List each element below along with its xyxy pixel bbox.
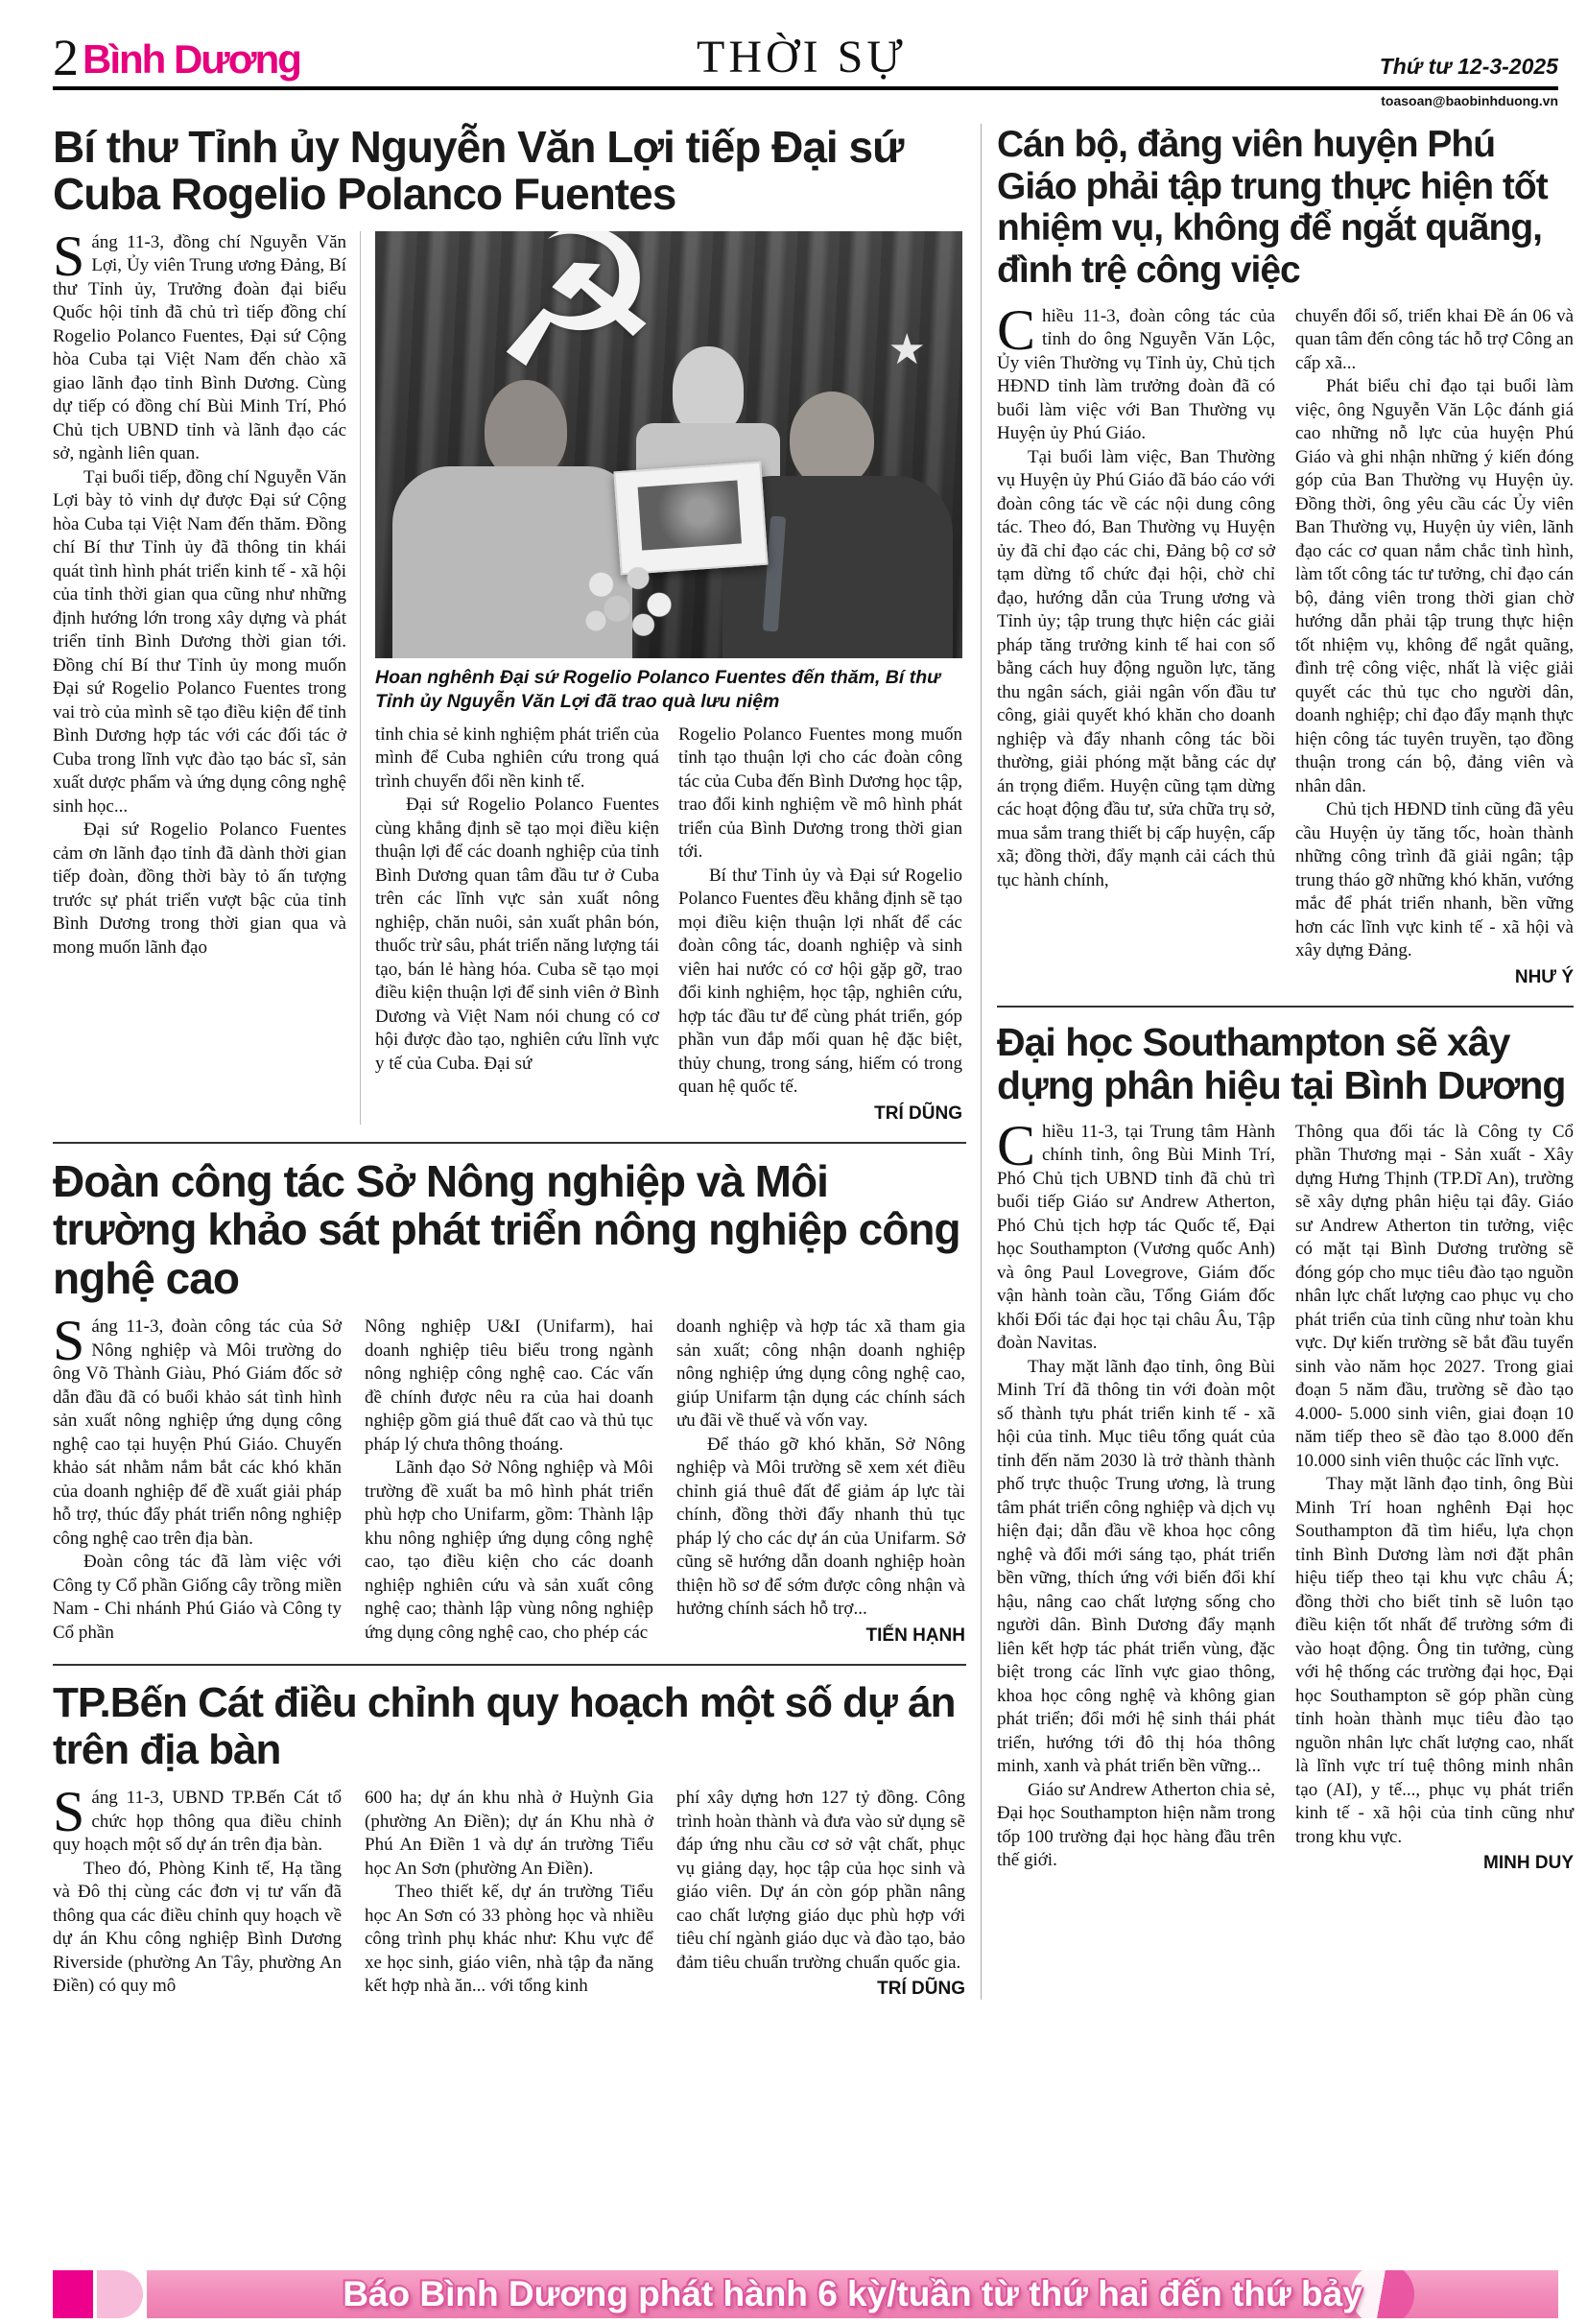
- content-area: Bí thư Tỉnh ủy Nguyễn Văn Lợi tiếp Đại s…: [53, 124, 1558, 2000]
- paragraph: Bí thư Tỉnh ủy và Đại sứ Rogelio Polanco…: [678, 865, 962, 1100]
- article-title: Cán bộ, đảng viên huyện Phú Giáo phải tậ…: [997, 124, 1574, 292]
- paragraph: Chủ tịch HĐND tỉnh cũng đã yêu cầu Huyện…: [1295, 798, 1574, 963]
- paragraph: Nông nghiệp U&I (Unifarm), hai doanh ngh…: [365, 1316, 653, 1457]
- gift-box: [613, 461, 768, 574]
- dropcap: C: [997, 1121, 1042, 1168]
- paragraph: Sáng 11-3, đồng chí Nguyễn Văn Lợi, Ủy v…: [53, 231, 346, 466]
- article-phugiao-officials: Cán bộ, đảng viên huyện Phú Giáo phải tậ…: [997, 124, 1574, 988]
- article-title: Bí thư Tỉnh ủy Nguyễn Văn Lợi tiếp Đại s…: [53, 124, 966, 218]
- article-agriculture-survey: Đoàn công tác Sở Nông nghiệp và Môi trườ…: [53, 1142, 966, 1647]
- paragraph: tỉnh chia sẻ kinh nghiệm phát triển của …: [375, 723, 659, 794]
- header-rule: [53, 86, 1558, 90]
- paragraph: Lãnh đạo Sở Nông nghiệp và Môi trường đề…: [365, 1457, 653, 1645]
- paragraph: Tại buổi làm việc, Ban Thường vụ Huyện ủ…: [997, 446, 1275, 893]
- paragraph: Thông qua đối tác là Công ty Cổ phần Thư…: [1295, 1121, 1574, 1474]
- right-section: Cán bộ, đảng viên huyện Phú Giáo phải tậ…: [981, 124, 1574, 2000]
- article-column: tỉnh chia sẻ kinh nghiệm phát triển của …: [375, 723, 659, 1125]
- editorial-email: toasoan@baobinhduong.vn: [0, 93, 1558, 108]
- article-column: 600 ha; dự án khu nhà ở Huỳnh Gia (phườn…: [365, 1787, 653, 2000]
- photo-caption: Hoan nghênh Đại sứ Rogelio Polanco Fuent…: [375, 666, 962, 714]
- paragraph: Đại sứ Rogelio Polanco Fuentes cùng khẳn…: [375, 794, 659, 1076]
- article-column: Sáng 11-3, đồng chí Nguyễn Văn Lợi, Ủy v…: [53, 231, 361, 1125]
- article-bencat-planning: TP.Bến Cát điều chỉnh quy hoạch một số d…: [53, 1664, 966, 2001]
- footer-banner: Báo Bình Dương phát hành 6 kỳ/tuần từ th…: [53, 2270, 1558, 2318]
- paragraph: Giáo sư Andrew Atherton chia sẻ, Đại học…: [997, 1779, 1275, 1873]
- paragraph: phí xây dựng hơn 127 tỷ đồng. Công trình…: [676, 1787, 965, 1975]
- star-icon: ★: [888, 325, 926, 374]
- article-cuba-ambassador: Bí thư Tỉnh ủy Nguyễn Văn Lợi tiếp Đại s…: [53, 124, 966, 1125]
- paragraph: Phát biểu chỉ đạo tại buổi làm việc, ông…: [1295, 375, 1574, 798]
- left-section: Bí thư Tỉnh ủy Nguyễn Văn Lợi tiếp Đại s…: [53, 124, 966, 2000]
- dropcap: S: [53, 231, 91, 278]
- paragraph: Đoàn công tác đã làm việc với Công ty Cổ…: [53, 1551, 342, 1645]
- article-title: TP.Bến Cát điều chỉnh quy hoạch một số d…: [53, 1679, 966, 1774]
- page-header: 2 Bình Dương THỜI SỰ Thứ tư 12-3-2025: [53, 36, 1558, 79]
- paragraph: Theo thiết kế, dự án trường Tiểu học An …: [365, 1881, 653, 1999]
- footer-left-square: [53, 2270, 93, 2318]
- byline: TRÍ DŨNG: [676, 1979, 965, 2000]
- newspaper-page: 2 Bình Dương THỜI SỰ Thứ tư 12-3-2025 to…: [0, 0, 1587, 2324]
- article-southampton-campus: Đại học Southampton sẽ xây dựng phân hiệ…: [997, 1006, 1574, 1875]
- article-title: Đại học Southampton sẽ xây dựng phân hiệ…: [997, 1021, 1574, 1107]
- paragraph: Thay mặt lãnh đạo tỉnh, ông Bùi Minh Trí…: [997, 1356, 1275, 1779]
- dropcap: S: [53, 1316, 91, 1363]
- paragraph: 600 ha; dự án khu nhà ở Huỳnh Gia (phườn…: [365, 1787, 653, 1881]
- footer-left-rounded-block: [97, 2270, 143, 2318]
- paragraph: Chiều 11-3, đoàn công tác của tỉnh do ôn…: [997, 305, 1275, 446]
- paragraph: Sáng 11-3, đoàn công tác của Sở Nông ngh…: [53, 1316, 342, 1551]
- article-column: chuyển đổi số, triển khai Đề án 06 và qu…: [1295, 305, 1574, 988]
- byline: TIẾN HẠNH: [676, 1625, 965, 1647]
- footer-slogan: Báo Bình Dương phát hành 6 kỳ/tuần từ th…: [343, 2274, 1362, 2314]
- byline: MINH DUY: [1295, 1853, 1574, 1874]
- article-title: Đoàn công tác Sở Nông nghiệp và Môi trườ…: [53, 1157, 966, 1303]
- issue-date: Thứ tư 12-3-2025: [1380, 54, 1558, 79]
- article-column: Sáng 11-3, đoàn công tác của Sở Nông ngh…: [53, 1316, 342, 1647]
- paragraph: Rogelio Polanco Fuentes mong muốn tỉnh t…: [678, 723, 962, 865]
- brand-logo: Bình Dương: [83, 40, 300, 79]
- article-column: Chiều 11-3, tại Trung tâm Hành chính tỉn…: [997, 1121, 1275, 1875]
- dropcap: S: [53, 1787, 91, 1834]
- paragraph: doanh nghiệp và hợp tác xã tham gia sản …: [676, 1316, 965, 1434]
- paragraph: Theo đó, Phòng Kinh tế, Hạ tầng và Đô th…: [53, 1858, 342, 1999]
- paragraph: Thay mặt lãnh đạo tỉnh, ông Bùi Minh Trí…: [1295, 1473, 1574, 1849]
- article-column: Thông qua đối tác là Công ty Cổ phần Thư…: [1295, 1121, 1574, 1875]
- article-column: phí xây dựng hơn 127 tỷ đồng. Công trình…: [676, 1787, 965, 2000]
- article-column: Sáng 11-3, UBND TP.Bến Cát tổ chức họp t…: [53, 1787, 342, 2000]
- article-column: Rogelio Polanco Fuentes mong muốn tỉnh t…: [678, 723, 962, 1125]
- section-title: THỜI SỰ: [697, 36, 907, 79]
- article-column: Nông nghiệp U&I (Unifarm), hai doanh ngh…: [365, 1316, 653, 1647]
- byline: TRÍ DŨNG: [678, 1103, 962, 1125]
- page-number: 2: [53, 36, 79, 79]
- footer-bar: Báo Bình Dương phát hành 6 kỳ/tuần từ th…: [147, 2270, 1558, 2318]
- paragraph: Để tháo gỡ khó khăn, Sở Nông nghiệp và M…: [676, 1434, 965, 1622]
- article-column: Chiều 11-3, đoàn công tác của tỉnh do ôn…: [997, 305, 1275, 988]
- paragraph: Đại sứ Rogelio Polanco Fuentes cảm ơn lã…: [53, 818, 346, 960]
- article-photo: ☭ ★: [375, 231, 962, 658]
- byline: NHƯ Ý: [1295, 967, 1574, 988]
- article-column: doanh nghiệp và hợp tác xã tham gia sản …: [676, 1316, 965, 1647]
- dropcap: C: [997, 305, 1042, 352]
- paragraph: chuyển đổi số, triển khai Đề án 06 và qu…: [1295, 305, 1574, 376]
- paragraph: Sáng 11-3, UBND TP.Bến Cát tổ chức họp t…: [53, 1787, 342, 1858]
- flower-bouquet: [575, 560, 680, 641]
- paragraph: Tại buổi tiếp, đồng chí Nguyễn Văn Lợi b…: [53, 466, 346, 819]
- paragraph: Chiều 11-3, tại Trung tâm Hành chính tỉn…: [997, 1121, 1275, 1356]
- brand: 2 Bình Dương: [53, 36, 300, 79]
